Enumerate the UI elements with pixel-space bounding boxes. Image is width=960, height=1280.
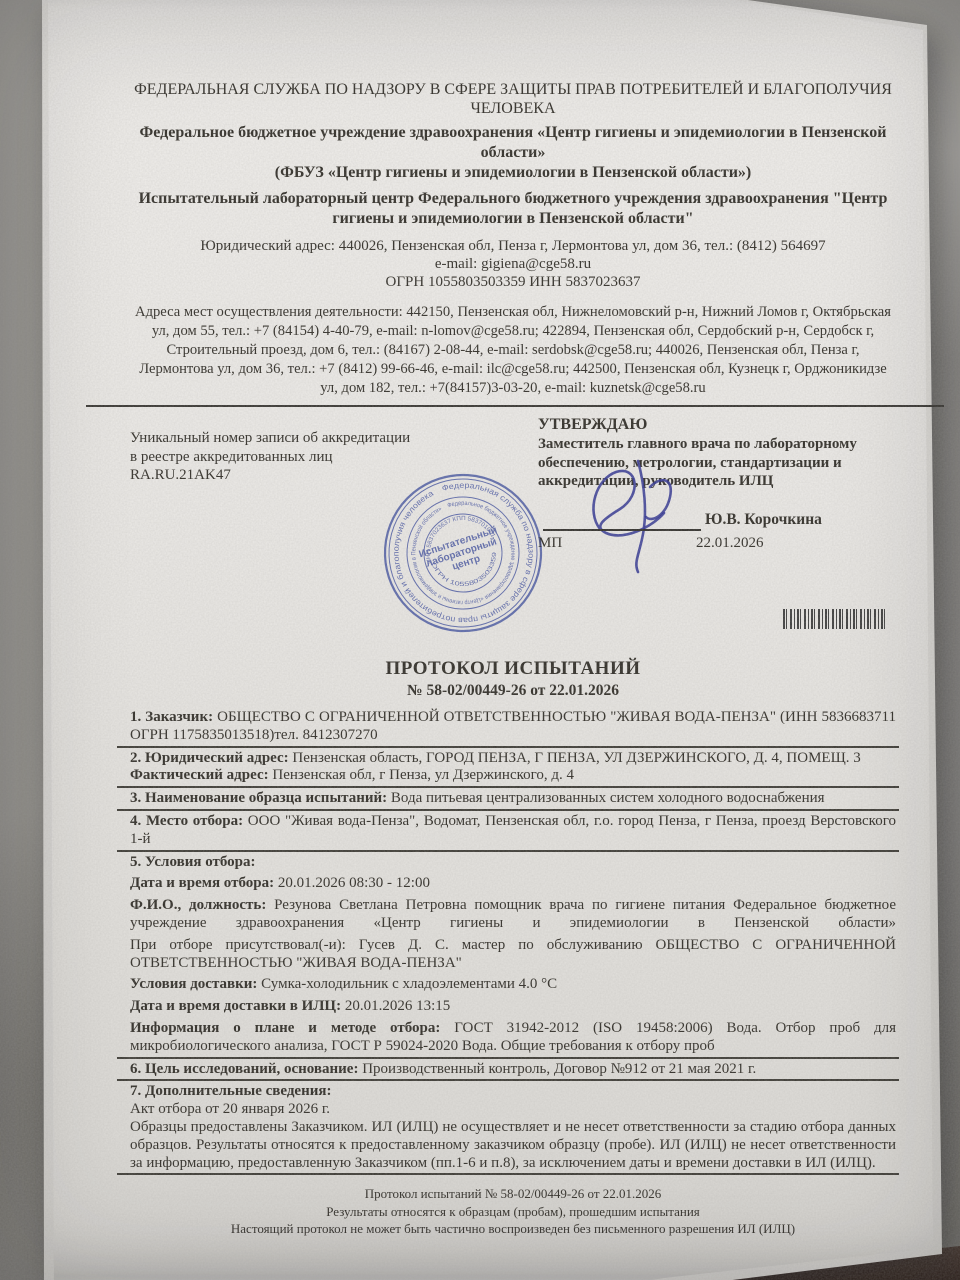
footer-line: Протокол испытаний № 58-02/00449-26 от 2… xyxy=(130,1185,896,1203)
footer-line: Результаты относятся к образцам (пробам)… xyxy=(130,1203,896,1221)
field-value: ОБЩЕСТВО С ОГРАНИЧЕННОЙ ОТВЕТСТВЕННОСТЬЮ… xyxy=(130,709,896,743)
footer-line: Настоящий протокол не может быть частичн… xyxy=(130,1220,896,1238)
field-label: 2. Юридический адрес: xyxy=(130,750,292,766)
approver-position: Заместитель главного врача по лабораторн… xyxy=(538,435,898,491)
field-label: 4. Место отбора: xyxy=(130,813,248,829)
document-content: ФЕДЕРАЛЬНАЯ СЛУЖБА ПО НАДЗОРУ В СФЕРЕ ЗА… xyxy=(130,0,896,1238)
row-paragraph: 1. Заказчик: ОБЩЕСТВО С ОГРАНИЧЕННОЙ ОТВ… xyxy=(130,709,896,745)
organization-abbr: (ФБУЗ «Центр гигиены и эпидемиологии в П… xyxy=(130,163,896,183)
protocol-row: 3. Наименование образца испытаний: Вода … xyxy=(130,790,896,808)
row-paragraph: 5. Условия отбора: xyxy=(130,854,896,872)
field-value: Акт отбора от 20 января 2026 г. xyxy=(130,1101,330,1117)
legal-address: Юридический адрес: 440026, Пензенская об… xyxy=(130,237,896,255)
field-label: Дата и время отбора: xyxy=(130,875,278,891)
row-paragraph: 3. Наименование образца испытаний: Вода … xyxy=(130,790,896,808)
row-paragraph: Акт отбора от 20 января 2026 г. xyxy=(130,1101,896,1119)
protocol-row: 6. Цель исследований, основание: Произво… xyxy=(130,1061,896,1079)
field-value: При отборе присутствовал(-и): Гусев Д. С… xyxy=(130,937,896,971)
row-paragraph: При отборе присутствовал(-и): Гусев Д. С… xyxy=(130,937,896,973)
row-paragraph: Фактический адрес: Пензенская обл, г Пен… xyxy=(130,767,896,785)
row-paragraph: 4. Место отбора: ООО "Живая вода-Пенза",… xyxy=(130,813,896,849)
protocol-row: 5. Условия отбора:Дата и время отбора: 2… xyxy=(130,854,896,1056)
approval-date: 22.01.2026 xyxy=(696,535,764,552)
protocol-row: 7. Дополнительные сведения:Акт отбора от… xyxy=(130,1083,896,1172)
lab-center-name: Испытательный лабораторный центр Федерал… xyxy=(130,189,896,229)
row-paragraph: 7. Дополнительные сведения: xyxy=(130,1083,896,1101)
field-label: 3. Наименование образца испытаний: xyxy=(130,790,391,806)
protocol-rows: 1. Заказчик: ОБЩЕСТВО С ОГРАНИЧЕННОЙ ОТВ… xyxy=(130,709,896,1172)
field-label: 5. Условия отбора: xyxy=(130,854,256,870)
row-paragraph: Ф.И.О., должность: Резунова Светлана Пет… xyxy=(130,897,896,933)
field-label: Фактический адрес: xyxy=(130,767,272,783)
row-paragraph: Образцы предоставлены Заказчиком. ИЛ (ИЛ… xyxy=(130,1119,896,1172)
field-value: Образцы предоставлены Заказчиком. ИЛ (ИЛ… xyxy=(130,1119,896,1171)
signature-line xyxy=(543,529,701,531)
document-footer: Протокол испытаний № 58-02/00449-26 от 2… xyxy=(130,1185,896,1238)
round-stamp: Федеральная служба по надзору в сфере за… xyxy=(368,458,558,648)
field-label: Условия доставки: xyxy=(130,976,261,992)
field-label: 6. Цель исследований, основание: xyxy=(130,1061,362,1077)
ogrn-inn-line: ОГРН 1055803503359 ИНН 5837023637 xyxy=(130,273,896,291)
service-header: ФЕДЕРАЛЬНАЯ СЛУЖБА ПО НАДЗОРУ В СФЕРЕ ЗА… xyxy=(130,80,896,118)
field-label: Информация о плане и методе отбора: xyxy=(130,1020,454,1036)
row-paragraph: Дата и время отбора: 20.01.2026 08:30 - … xyxy=(130,875,896,893)
approval-zone: Уникальный номер записи об аккредитации … xyxy=(130,407,896,657)
protocol-row: 4. Место отбора: ООО "Живая вода-Пенза",… xyxy=(130,813,896,849)
protocol-row: 1. Заказчик: ОБЩЕСТВО С ОГРАНИЧЕННОЙ ОТВ… xyxy=(130,709,896,745)
row-paragraph: Дата и время доставки в ИЛЦ: 20.01.2026 … xyxy=(130,998,896,1016)
photo-of-document: { "colors":{ "background_concrete":"#8f8… xyxy=(0,0,960,1280)
field-value: 20.01.2026 13:15 xyxy=(345,998,450,1014)
field-value: Пензенская обл, г Пенза, ул Дзержинского… xyxy=(272,767,574,783)
barcode xyxy=(783,609,885,629)
activity-addresses: Адреса мест осуществления деятельности: … xyxy=(130,303,896,398)
field-label: 1. Заказчик: xyxy=(130,709,217,725)
row-paragraph: Условия доставки: Сумка-холодильник с хл… xyxy=(130,976,896,994)
field-value: Вода питьевая централизованных систем хо… xyxy=(391,790,825,806)
field-value: Производственный контроль, Договор №912 … xyxy=(362,1061,756,1077)
organization-name: Федеральное бюджетное учреждение здравоо… xyxy=(130,123,896,163)
field-value: Сумка-холодильник с хладоэлементами 4.0 … xyxy=(261,976,557,992)
email-line: e-mail: gigiena@cge58.ru xyxy=(130,255,896,273)
protocol-number: № 58-02/00449-26 от 22.01.2026 xyxy=(130,681,896,701)
protocol-title: ПРОТОКОЛ ИСПЫТАНИЙ xyxy=(130,657,896,681)
field-label: 7. Дополнительные сведения: xyxy=(130,1083,331,1099)
paper-wrap: ФЕДЕРАЛЬНАЯ СЛУЖБА ПО НАДЗОРУ В СФЕРЕ ЗА… xyxy=(0,0,960,1280)
field-value: 20.01.2026 08:30 - 12:00 xyxy=(278,875,430,891)
row-paragraph: 6. Цель исследований, основание: Произво… xyxy=(130,1061,896,1079)
approval-block: УТВЕРЖДАЮ Заместитель главного врача по … xyxy=(538,415,898,491)
field-label: Ф.И.О., должность: xyxy=(130,897,274,913)
approval-title: УТВЕРЖДАЮ xyxy=(538,415,898,434)
row-paragraph: Информация о плане и методе отбора: ГОСТ… xyxy=(130,1020,896,1056)
field-label: Дата и время доставки в ИЛЦ: xyxy=(130,998,345,1014)
field-value: Пензенская область, ГОРОД ПЕНЗА, Г ПЕНЗА… xyxy=(292,750,860,766)
approver-name: Ю.В. Корочкина xyxy=(705,511,822,529)
row-paragraph: 2. Юридический адрес: Пензенская область… xyxy=(130,750,896,768)
protocol-row: 2. Юридический адрес: Пензенская область… xyxy=(130,750,896,786)
